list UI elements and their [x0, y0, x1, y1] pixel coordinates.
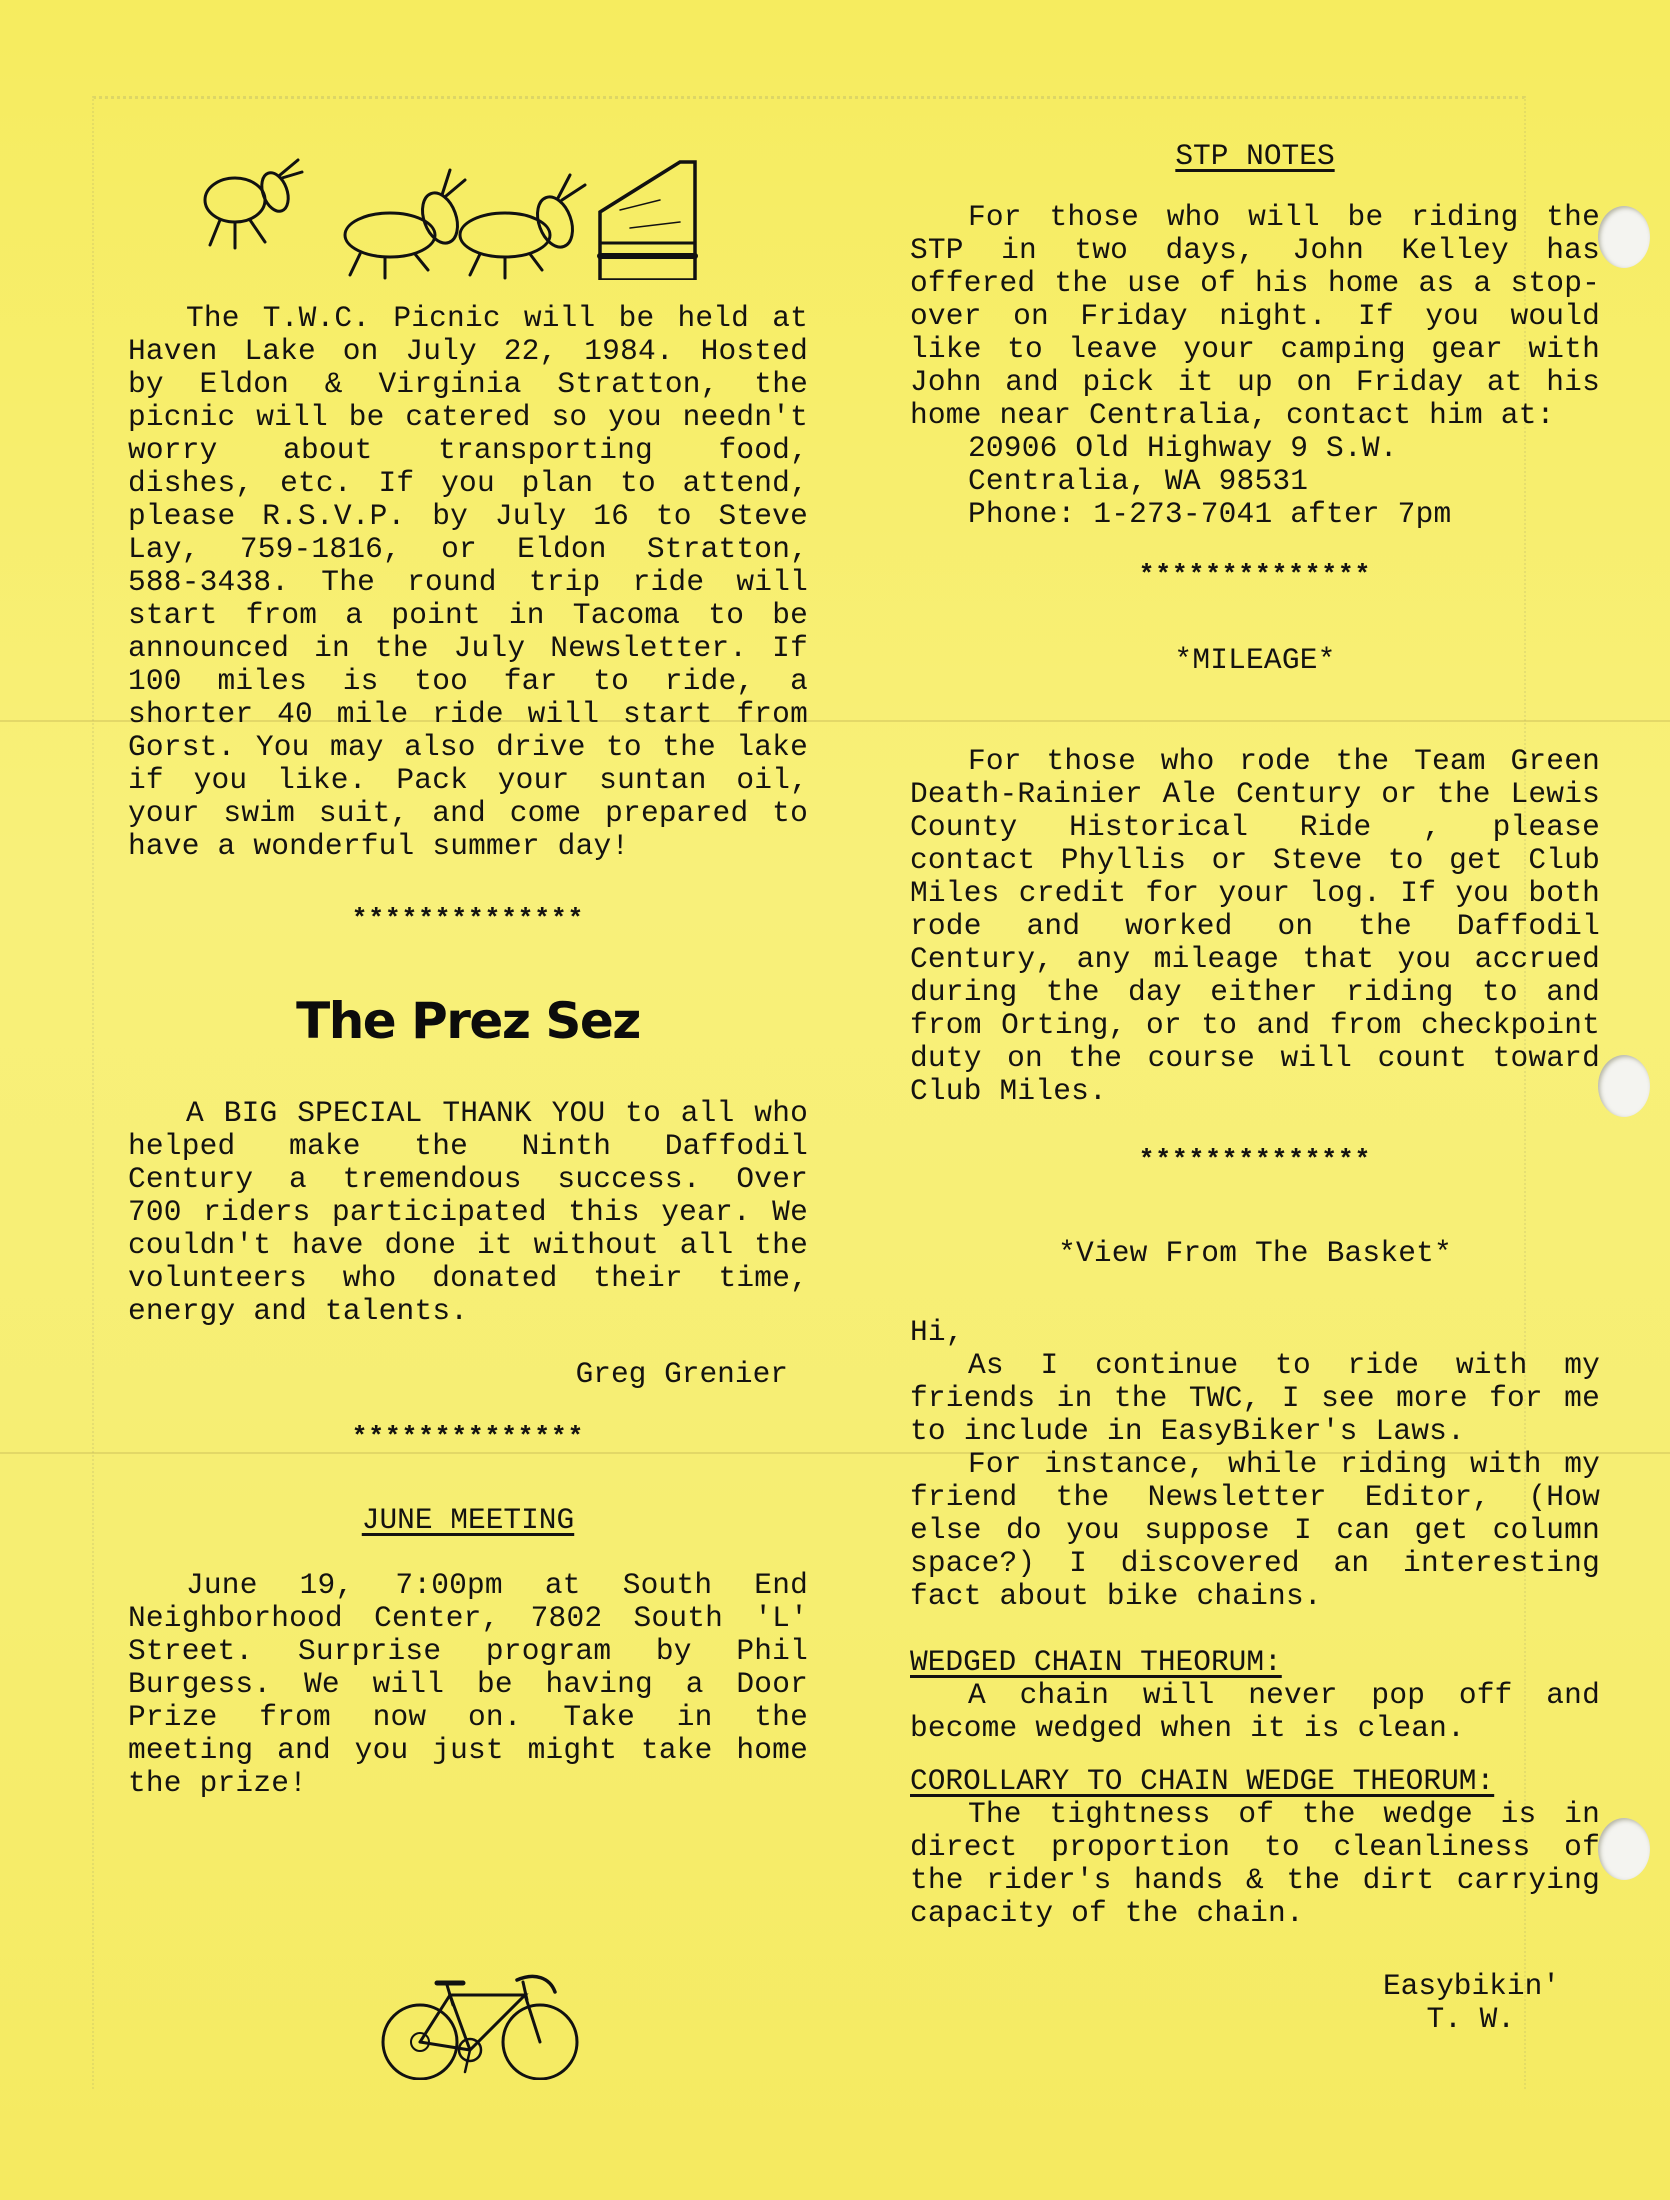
bicycle-illustration-icon	[375, 1960, 595, 2080]
basket-initials: T. W.	[910, 2003, 1600, 2036]
june-meeting-text: June 19, 7:00pm at South End Neighborhoo…	[128, 1569, 808, 1800]
left-column: The T.W.C. Picnic will be held at Haven …	[128, 140, 808, 1800]
theorem-block: WEDGED CHAIN THEORUM: A chain will never…	[910, 1646, 1600, 1745]
june-meeting-heading: JUNE MEETING	[128, 1504, 808, 1537]
wedged-chain-theorem-text: A chain will never pop off and become we…	[910, 1679, 1600, 1745]
basket-paragraph-1: As I continue to ride with my friends in…	[910, 1349, 1600, 1448]
basket-heading: *View From The Basket*	[910, 1237, 1600, 1270]
mileage-heading: *MILEAGE*	[910, 644, 1600, 677]
corollary-title: COROLLARY TO CHAIN WEDGE THEORUM:	[910, 1764, 1494, 1798]
right-column: STP NOTES For those who will be riding t…	[910, 140, 1600, 2036]
punch-hole-icon	[1598, 1055, 1650, 1117]
newsletter-page: The T.W.C. Picnic will be held at Haven …	[0, 0, 1670, 2200]
wedged-chain-theorem-title: WEDGED CHAIN THEORUM:	[910, 1645, 1282, 1679]
section-divider: **************	[910, 559, 1600, 592]
corollary-block: COROLLARY TO CHAIN WEDGE THEORUM: The ti…	[910, 1765, 1600, 1930]
section-divider: **************	[128, 903, 808, 936]
punch-hole-icon	[1598, 206, 1650, 268]
stp-phone-line: Phone: 1-273-7041 after 7pm	[910, 498, 1600, 531]
picnic-announcement: The T.W.C. Picnic will be held at Haven …	[128, 302, 808, 863]
section-divider: **************	[128, 1421, 808, 1454]
stp-notes-heading: STP NOTES	[910, 140, 1600, 173]
prez-sez-heading: The Prez Sez	[128, 991, 808, 1051]
basket-signoff: Easybikin'	[910, 1970, 1600, 2003]
stp-notes-text: For those who will be riding the STP in …	[910, 201, 1600, 432]
prez-sez-text: A BIG SPECIAL THANK YOU to all who helpe…	[128, 1097, 808, 1328]
stp-address-line-2: Centralia, WA 98531	[910, 465, 1600, 498]
stp-address-line-1: 20906 Old Highway 9 S.W.	[910, 432, 1600, 465]
punch-hole-icon	[1598, 1818, 1650, 1880]
prez-signature: Greg Grenier	[128, 1358, 808, 1391]
basket-greeting: Hi,	[910, 1316, 1600, 1349]
basket-paragraph-2: For instance, while riding with my frien…	[910, 1448, 1600, 1613]
mileage-text: For those who rode the Team Green Death-…	[910, 745, 1600, 1108]
section-divider: **************	[910, 1144, 1600, 1177]
corollary-text: The tightness of the wedge is in direct …	[910, 1798, 1600, 1930]
